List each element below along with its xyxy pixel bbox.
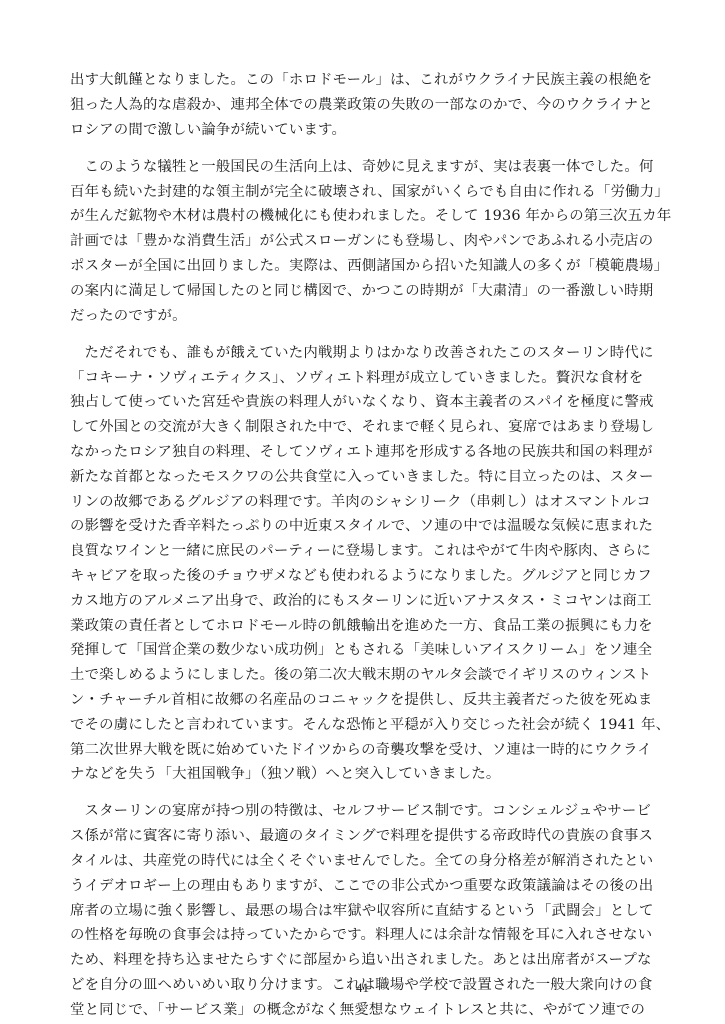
text-line: 狙った人為的な虐殺か、連邦全体での農業政策の失敗の一部なのかで、今のウクライナと: [70, 93, 655, 118]
paragraph-spacer: [70, 328, 655, 340]
text-line: 出す大飢饉となりました。この「ホロドモール」は、これがウクライナ民族主義の根絶を: [70, 68, 655, 93]
paragraph-3: ただそれでも、誰もが餓えていた内戦期よりはかなり改善されたこのスターリン時代に …: [70, 341, 655, 787]
text-line: 百年も続いた封建的な領主制が完全に破壊され、国家がいくらでも自由に作れる「労働力…: [70, 180, 655, 205]
text-line: 土で楽しめるようにしました。後の第二次大戦末期のヤルタ会談でイギリスのウィンスト: [70, 663, 655, 688]
text-line: タイルは、共産党の時代には全くそぐいませんでした。全ての身分格差が解消されたとい: [70, 849, 655, 874]
text-line: 独占して使っていた宮廷や貴族の料理人がいなくなり、資本主義者のスパイを極度に警戒: [70, 390, 655, 415]
paragraph-spacer: [70, 787, 655, 799]
text-line: が生んだ鉱物や木材は農村の機械化にも使われました。そして 1936 年からの第三…: [70, 204, 655, 229]
text-line: カス地方のアルメニア出身で、政治的にもスターリンに近いアナスタス・ミコヤンは商工: [70, 589, 655, 614]
text-line: 席者の立場に強く影響し、最悪の場合は牢獄や収容所に直結するという「武闘会」として: [70, 899, 655, 924]
text-line: 発揮して「国営企業の数少ない成功例」ともされる「美味しいアイスクリーム」をソ連全: [70, 638, 655, 663]
text-line: だったのですが。: [70, 304, 655, 329]
text-line: 第二次世界大戦を既に始めていたドイツからの奇襲攻撃を受け、ソ連は一時的にウクライ: [70, 738, 655, 763]
paragraph-1: 出す大飢饉となりました。この「ホロドモール」は、これがウクライナ民族主義の根絶を…: [70, 68, 655, 142]
text-line: なかったロシア独自の料理、そしてソヴィエト連邦を形成する各地の民族共和国の料理が: [70, 440, 655, 465]
text-line: 良質なワインと一緒に庶民のパーティーに登場します。これはやがて牛肉や豚肉、さらに: [70, 539, 655, 564]
text-line: ナなどを失う「大祖国戦争」（独ソ戦）へと突入していきました。: [70, 762, 655, 787]
paragraph-spacer: [70, 142, 655, 154]
text-line: うイデオロギー上の理由もありますが、ここでの非公式かつ重要な政策議論はその後の出: [70, 874, 655, 899]
text-line: キャビアを取った後のチョウザメなども使われるようになりました。グルジアと同じカフ: [70, 564, 655, 589]
text-line: 堂と同じで、「サービス業」の概念がなく無愛想なウェイトレスと共に、やがてソ連での: [70, 998, 655, 1023]
text-line: ン・チャーチル首相に故郷の名産品のコニャックを提供し、反共主義者だった彼を死ぬま: [70, 688, 655, 713]
text-line: の性格を毎晩の食事会は持っていたからです。料理人には余計な情報を耳に入れさせない: [70, 923, 655, 948]
text-line: でその虜にしたと言われています。そんな恐怖と平穏が入り交じった社会が続く 194…: [70, 713, 655, 738]
text-line: 計画では「豊かな消費生活」が公式スローガンにも登場し、肉やパンであふれる小売店の: [70, 229, 655, 254]
document-body: 出す大飢饉となりました。この「ホロドモール」は、これがウクライナ民族主義の根絶を…: [70, 68, 655, 1023]
text-line: ス係が常に賓客に寄り添い、最適のタイミングで料理を提供する帝政時代の貴族の食事ス: [70, 824, 655, 849]
text-line: 新たな首都となったモスクワの公共食堂に入っていきました。特に目立ったのは、スター: [70, 465, 655, 490]
text-line: 「コキーナ・ソヴィエティクス」、ソヴィエト料理が成立していきました。贅沢な食材を: [70, 366, 655, 391]
text-line: の案内に満足して帰国したのと同じ構図で、かつこの時期が「大粛清」の一番激しい時期: [70, 279, 655, 304]
text-line: ため、料理を持ち込ませたらすぐに部屋から追い出されました。あとは出席者がスープな: [70, 948, 655, 973]
text-line: このような犠牲と一般国民の生活向上は、奇妙に見えますが、実は表裏一体でした。何: [70, 155, 655, 180]
text-line: リンの故郷であるグルジアの料理です。羊肉のシャシリーク（串刺し）はオスマントルコ: [70, 490, 655, 515]
text-line: の影響を受けた香辛料たっぷりの中近東スタイルで、ソ連の中では温暖な気候に恵まれた: [70, 514, 655, 539]
paragraph-2: このような犠牲と一般国民の生活向上は、奇妙に見えますが、実は表裏一体でした。何 …: [70, 155, 655, 329]
text-line: して外国との交流が大きく制限された中で、それまで軽く見られ、宴席ではあまり登場し: [70, 415, 655, 440]
text-line: ロシアの間で激しい論争が続いています。: [70, 118, 655, 143]
page-number: 41: [0, 980, 725, 996]
text-line: スターリンの宴席が持つ別の特徴は、セルフサービス制です。コンシェルジュやサービ: [70, 799, 655, 824]
text-line: ポスターが全国に出回りました。実際は、西側諸国から招いた知識人の多くが「模範農場…: [70, 254, 655, 279]
text-line: 業政策の責任者としてホロドモール時の飢餓輸出を進めた一方、食品工業の振興にも力を: [70, 614, 655, 639]
text-line: ただそれでも、誰もが餓えていた内戦期よりはかなり改善されたこのスターリン時代に: [70, 341, 655, 366]
